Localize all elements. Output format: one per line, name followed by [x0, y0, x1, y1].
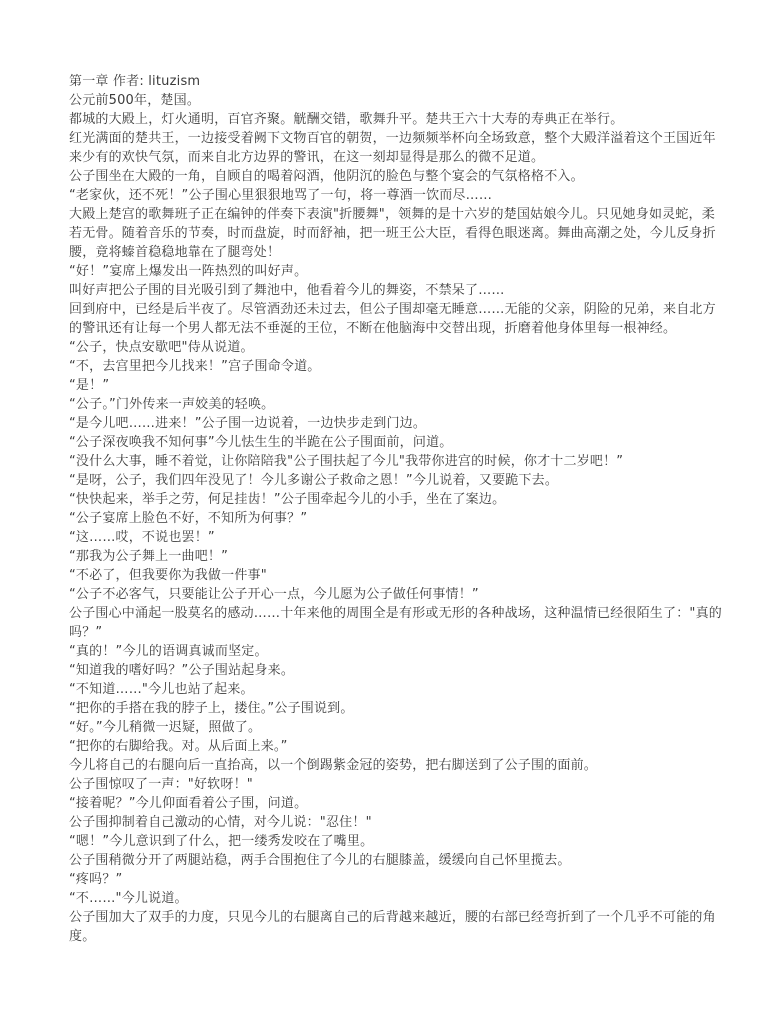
text-line: “不必了，但我要你为我做一件事" [69, 566, 703, 585]
text-line: “知道我的嗜好吗？”公子围站起身来。 [69, 661, 703, 680]
text-line: “是呀，公子，我们四年没见了！今儿多谢公子救命之恩！”今儿说着，又要跪下去。 [69, 471, 703, 490]
text-line: “接着呢？”今儿仰面看着公子围，问道。 [69, 794, 703, 813]
text-line: “那我为公子舞上一曲吧！” [69, 547, 703, 566]
text-line: 公子围心中涌起一股莫名的感动……十年来他的周围全是有形或无形的各种战场，这种温情… [69, 604, 703, 623]
text-line: 都城的大殿上，灯火通明，百官齐聚。觥酬交错，歌舞升平。楚共王六十大寿的寿典正在举… [69, 110, 703, 129]
text-line: 若无骨。随着音乐的节奏，时而盘旋，时而舒袖，把一班王公大臣，看得色眼迷离。舞曲高… [69, 224, 703, 243]
text-line: “是！” [69, 376, 703, 395]
text-line: “公子，快点安歇吧"侍从说道。 [69, 338, 703, 357]
text-line: “不，去宫里把今儿找来！”宫子围命令道。 [69, 357, 703, 376]
text-line: “这……哎，不说也罢！” [69, 528, 703, 547]
text-line: “疼吗？” [69, 870, 703, 889]
text-line: “不……"今儿说道。 [69, 889, 703, 908]
text-line: 来少有的欢快气氛，而来自北方边界的警讯，在这一刻却显得是那么的微不足道。 [69, 148, 703, 167]
text-line: “不知道……"今儿也站了起来。 [69, 680, 703, 699]
text-line: “快快起来，举手之劳，何足挂齿！”公子围牵起今儿的小手，坐在了案边。 [69, 490, 703, 509]
text-line: “公子宴席上脸色不好，不知所为何事？” [69, 509, 703, 528]
text-line: “把你的右脚给我。对。从后面上来。” [69, 737, 703, 756]
text-line: 叫好声把公子围的目光吸引到了舞池中，他看着今儿的舞姿，不禁呆了…… [69, 281, 703, 300]
text-line: 腰，竟将螓首稳稳地靠在了腿弯处！ [69, 243, 703, 262]
text-line: 公子围坐在大殿的一角，自顾自的喝着闷酒，他阴沉的脸色与整个宴会的气氛格格不入。 [69, 167, 703, 186]
text-line: “没什么大事，睡不着觉，让你陪陪我"公子围扶起了今儿"我带你进宫的时候，你才十二… [69, 452, 703, 471]
text-line: 的警讯还有让每一个男人都无法不垂涎的王位，不断在他脑海中交替出现，折磨着他身体里… [69, 319, 703, 338]
text-line: “嗯！”今儿意识到了什么，把一缕秀发咬在了嘴里。 [69, 832, 703, 851]
document-page: 第一章 作者: lituzism公元前500年，楚国。都城的大殿上，灯火通明，百… [0, 0, 768, 1024]
text-line: 回到府中，已经是后半夜了。尽管酒劲还未过去，但公子围却毫无睡意……无能的父亲，阴… [69, 300, 703, 319]
text-line: “老家伙，还不死！”公子围心里狠狠地骂了一句，将一尊酒一饮而尽…… [69, 186, 703, 205]
text-line: “好！”宴席上爆发出一阵热烈的叫好声。 [69, 262, 703, 281]
text-line: 公子围抑制着自己激动的心情，对今儿说："忍住！" [69, 813, 703, 832]
text-line: 红光满面的楚共王，一边接受着阙下文物百官的朝贺，一边频频举杯向全场致意，整个大殿… [69, 129, 703, 148]
text-line: “公子。”门外传来一声姣美的轻唤。 [69, 395, 703, 414]
text-line: 今儿将自己的右腿向后一直抬高，以一个倒踢紫金冠的姿势，把右脚送到了公子围的面前。 [69, 756, 703, 775]
document-text: 第一章 作者: lituzism公元前500年，楚国。都城的大殿上，灯火通明，百… [69, 72, 703, 946]
text-line: 公元前500年，楚国。 [69, 91, 703, 110]
text-line: “公子不必客气，只要能让公子开心一点，今儿愿为公子做任何事情！” [69, 585, 703, 604]
text-line: “真的！”今儿的语调真诚而坚定。 [69, 642, 703, 661]
text-line: 公子围惊叹了一声："好软呀！" [69, 775, 703, 794]
text-line: 大殿上楚宫的歌舞班子正在编钟的伴奏下表演"折腰舞"，领舞的是十六岁的楚国姑娘今儿… [69, 205, 703, 224]
text-line: “把你的手搭在我的脖子上，搂住。”公子围说到。 [69, 699, 703, 718]
text-line: 吗？” [69, 623, 703, 642]
text-line: 公子围稍微分开了两腿站稳，两手合围抱住了今儿的右腿膝盖，缓缓向自己怀里揽去。 [69, 851, 703, 870]
text-line: “是今儿吧……进来！”公子围一边说着，一边快步走到门边。 [69, 414, 703, 433]
text-line: “公子深夜唤我不知何事”今儿怯生生的半跪在公子围面前，问道。 [69, 433, 703, 452]
text-line: “好。”今儿稍微一迟疑，照做了。 [69, 718, 703, 737]
chapter-heading: 第一章 作者: lituzism [69, 72, 703, 91]
text-line: 度。 [69, 927, 703, 946]
text-line: 公子围加大了双手的力度，只见今儿的右腿离自己的后背越来越近，腰的右部已经弯折到了… [69, 908, 703, 927]
